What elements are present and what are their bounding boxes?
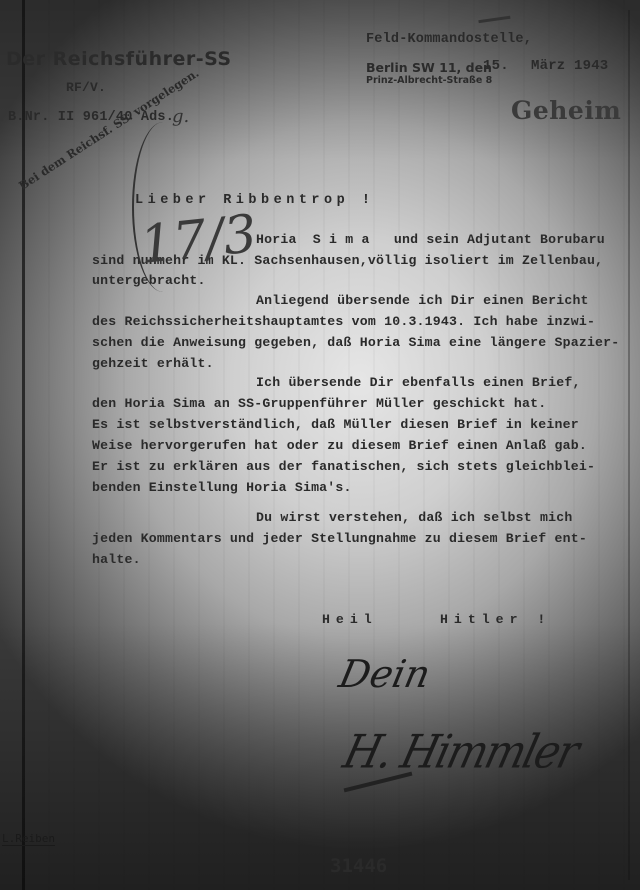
body-line: Weise hervorgerufen hat oder zu diesem B… (92, 438, 587, 453)
sender-office: Feld-Kommandostelle, (366, 32, 532, 47)
letterhead-title: Der Reichsführer-SS (6, 48, 232, 70)
reference-number: B.Nr. II 961/40 Ads. (8, 110, 174, 125)
page-edge-right (628, 10, 630, 880)
body-line: Anliegend übersende ich Dir einen Berich… (256, 293, 589, 308)
body-line: des Reichssicherheitshauptamtes vom 10.3… (92, 314, 595, 329)
body-line: jeden Kommentars und jeder Stellungnahme… (92, 531, 587, 546)
body-line: Horia S i m a und sein Adjutant Borubaru (256, 232, 605, 247)
body-line: Er ist zu erklären aus der fanatischen, … (92, 459, 595, 474)
sender-city: Berlin SW 11, den (366, 60, 492, 75)
closing-hitler: Hitler ! (440, 612, 551, 627)
signature-dein: Dein (335, 652, 434, 696)
letterhead-dept: RF/V. (66, 80, 106, 95)
document-scan: Der Reichsführer-SS RF/V. B.Nr. II 961/4… (0, 0, 640, 890)
body-line: halte. (92, 552, 141, 567)
footer-initials: L.Reiben (2, 832, 55, 846)
date-day: 15. (483, 58, 509, 74)
handwritten-number: 17/3 (137, 204, 259, 276)
top-handwritten-mark (478, 10, 511, 23)
page-edge-shadow (22, 0, 25, 890)
body-line: benden Einstellung Horia Sima's. (92, 480, 352, 495)
body-line: Es ist selbstverständlich, daß Müller di… (92, 417, 579, 432)
classification-mark: Geheim (511, 96, 621, 125)
signature-name: H. Himmler (338, 725, 583, 779)
body-line: gehzeit erhält. (92, 356, 214, 371)
archive-number: 31446 (330, 855, 387, 877)
sender-street: Prinz-Albrecht-Straße 8 (366, 75, 492, 86)
body-line: schen die Anweisung gegeben, daß Horia S… (92, 335, 619, 350)
body-line: Du wirst verstehen, daß ich selbst mich (256, 510, 572, 525)
body-line: Ich übersende Dir ebenfalls einen Brief, (256, 375, 581, 390)
body-line: den Horia Sima an SS-Gruppenführer Mülle… (92, 396, 546, 411)
closing-heil: Heil (322, 612, 378, 627)
date-month-year: März 1943 (531, 58, 608, 74)
